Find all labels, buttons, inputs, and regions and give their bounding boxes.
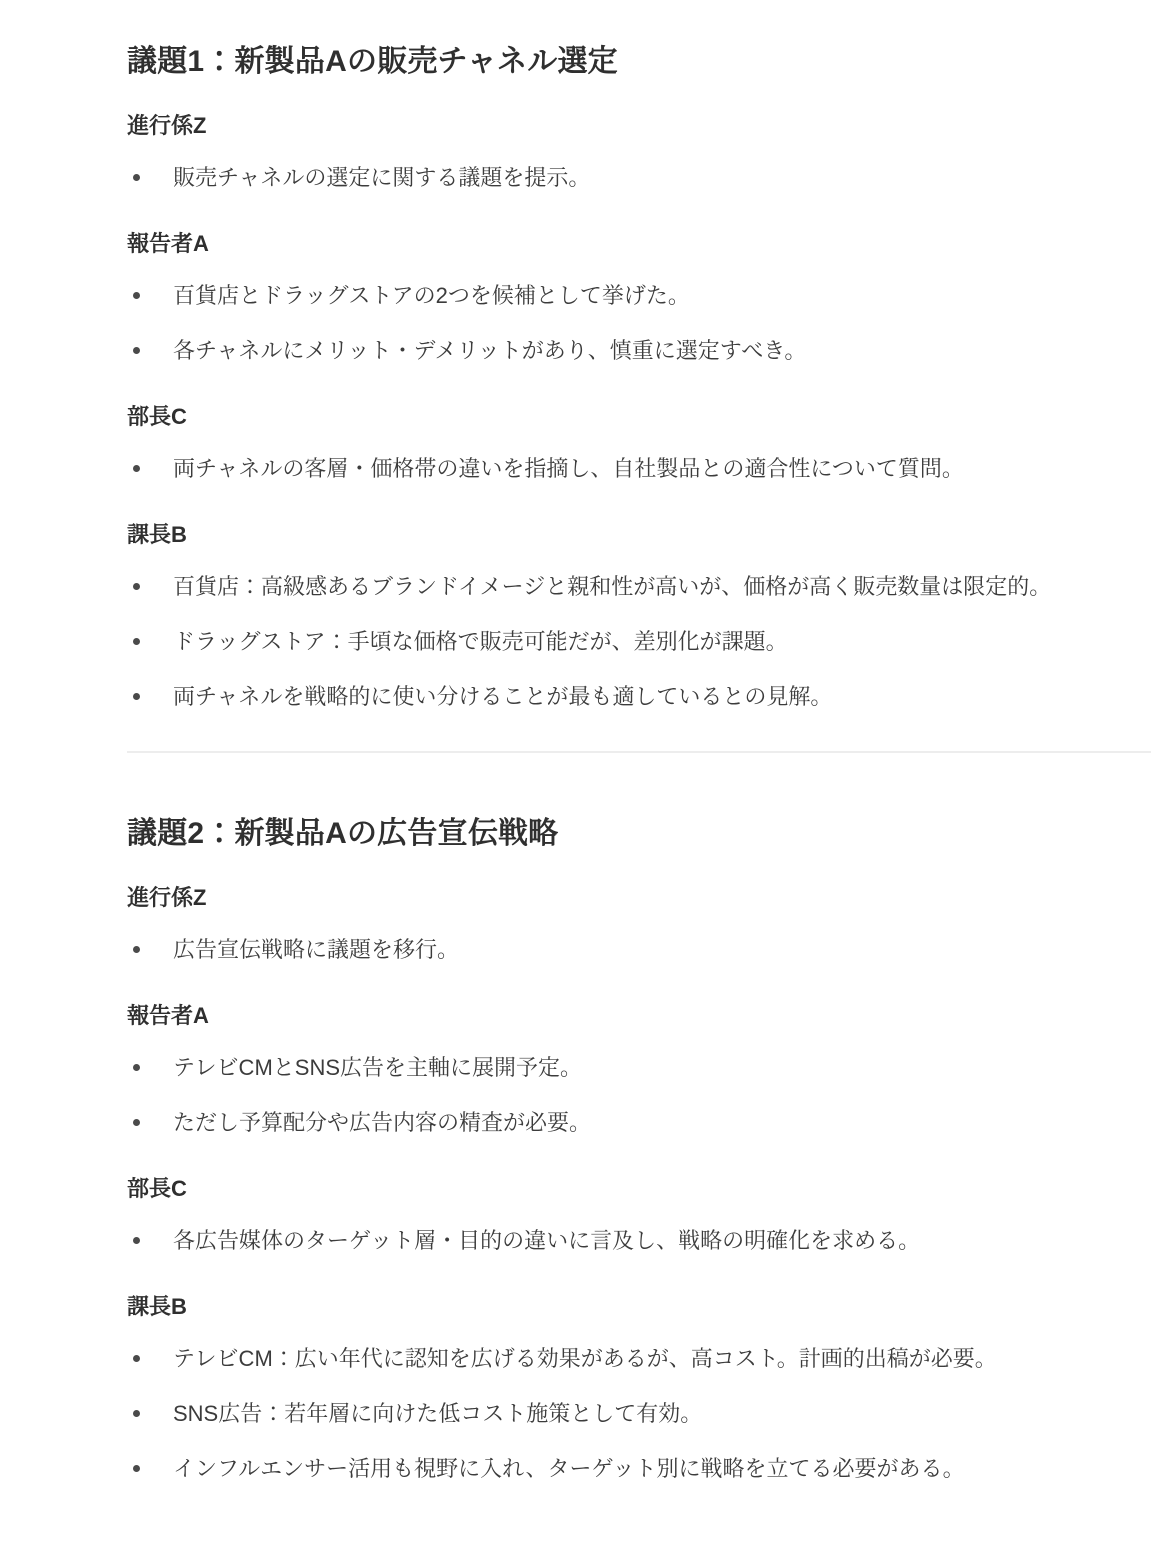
speaker-block: 部長C 両チャネルの客層・価格帯の違いを指摘し、自社製品との適合性について質問。 [127, 389, 1151, 485]
speaker-name: 進行係Z [127, 870, 1151, 914]
speaker-block: 部長C 各広告媒体のターゲット層・目的の違いに言及し、戦略の明確化を求める。 [127, 1161, 1151, 1257]
section-heading: 議題2：新製品Aの広告宣伝戦略 [127, 811, 1151, 856]
speaker-name: 報告者A [127, 988, 1151, 1032]
bullet-text: 両チャネルを戦略的に使い分けることが最も適しているとの見解。 [173, 684, 832, 709]
bullet-text: インフルエンサー活用も視野に入れ、ターゲット別に戦略を立てる必要がある。 [173, 1456, 965, 1481]
speaker-name: 部長C [127, 389, 1151, 433]
bullet-item: インフルエンサー活用も視野に入れ、ターゲット別に戦略を立てる必要がある。 [127, 1452, 1151, 1485]
bullet-item: 百貨店：高級感あるブランドイメージと親和性が高いが、価格が高く販売数量は限定的。 [127, 570, 1151, 603]
speaker-name: 進行係Z [127, 98, 1151, 142]
bullet-item: 両チャネルを戦略的に使い分けることが最も適しているとの見解。 [127, 680, 1151, 713]
section-divider [127, 751, 1151, 753]
bullet-item: ドラッグストア：手頃な価格で販売可能だが、差別化が課題。 [127, 625, 1151, 658]
speaker-name: 課長B [127, 1279, 1151, 1323]
bullet-item: 百貨店とドラッグストアの2つを候補として挙げた。 [127, 279, 1151, 312]
section-heading: 議題1：新製品Aの販売チャネル選定 [127, 39, 1151, 84]
bullet-item: テレビCMとSNS広告を主軸に展開予定。 [127, 1051, 1151, 1084]
bullet-text: ただし予算配分や広告内容の精査が必要。 [173, 1110, 591, 1135]
bullet-text: 両チャネルの客層・価格帯の違いを指摘し、自社製品との適合性について質問。 [173, 456, 964, 481]
agenda-section: 議題2：新製品Aの広告宣伝戦略 進行係Z 広告宣伝戦略に議題を移行。 報告者A … [127, 811, 1151, 1485]
speaker-name: 課長B [127, 507, 1151, 551]
bullet-list: 百貨店：高級感あるブランドイメージと親和性が高いが、価格が高く販売数量は限定的。… [127, 570, 1151, 713]
bullet-text: 販売チャネルの選定に関する議題を提示。 [173, 165, 590, 190]
bullet-text: 百貨店：高級感あるブランドイメージと親和性が高いが、価格が高く販売数量は限定的。 [173, 574, 1051, 599]
speaker-block: 課長B テレビCM：広い年代に認知を広げる効果があるが、高コスト。計画的出稿が必… [127, 1279, 1151, 1485]
speaker-name: 報告者A [127, 216, 1151, 260]
bullet-item: テレビCM：広い年代に認知を広げる効果があるが、高コスト。計画的出稿が必要。 [127, 1342, 1151, 1375]
section-body: 進行係Z 広告宣伝戦略に議題を移行。 報告者A テレビCMとSNS広告を主軸に展… [127, 870, 1151, 1485]
bullet-item: 各広告媒体のターゲット層・目的の違いに言及し、戦略の明確化を求める。 [127, 1224, 1151, 1257]
bullet-item: SNS広告：若年層に向けた低コスト施策として有効。 [127, 1397, 1151, 1430]
bullet-item: 販売チャネルの選定に関する議題を提示。 [127, 161, 1151, 194]
bullet-item: 両チャネルの客層・価格帯の違いを指摘し、自社製品との適合性について質問。 [127, 452, 1151, 485]
bullet-text: 広告宣伝戦略に議題を移行。 [173, 937, 459, 962]
bullet-text: 各チャネルにメリット・デメリットがあり、慎重に選定すべき。 [173, 338, 806, 363]
document-page: 議題1：新製品Aの販売チャネル選定 進行係Z 販売チャネルの選定に関する議題を提… [0, 0, 1151, 1485]
bullet-item: ただし予算配分や広告内容の精査が必要。 [127, 1106, 1151, 1139]
speaker-block: 報告者A 百貨店とドラッグストアの2つを候補として挙げた。各チャネルにメリット・… [127, 216, 1151, 367]
bullet-list: 各広告媒体のターゲット層・目的の違いに言及し、戦略の明確化を求める。 [127, 1224, 1151, 1257]
bullet-item: 広告宣伝戦略に議題を移行。 [127, 933, 1151, 966]
bullet-text: 百貨店とドラッグストアの2つを候補として挙げた。 [173, 283, 690, 308]
bullet-list: 百貨店とドラッグストアの2つを候補として挙げた。各チャネルにメリット・デメリット… [127, 279, 1151, 367]
bullet-list: 両チャネルの客層・価格帯の違いを指摘し、自社製品との適合性について質問。 [127, 452, 1151, 485]
bullet-list: テレビCM：広い年代に認知を広げる効果があるが、高コスト。計画的出稿が必要。SN… [127, 1342, 1151, 1485]
section-body: 進行係Z 販売チャネルの選定に関する議題を提示。 報告者A 百貨店とドラッグスト… [127, 98, 1151, 713]
speaker-block: 報告者A テレビCMとSNS広告を主軸に展開予定。ただし予算配分や広告内容の精査… [127, 988, 1151, 1139]
bullet-text: テレビCM：広い年代に認知を広げる効果があるが、高コスト。計画的出稿が必要。 [173, 1346, 997, 1371]
bullet-list: テレビCMとSNS広告を主軸に展開予定。ただし予算配分や広告内容の精査が必要。 [127, 1051, 1151, 1139]
bullet-list: 販売チャネルの選定に関する議題を提示。 [127, 161, 1151, 194]
speaker-block: 進行係Z 販売チャネルの選定に関する議題を提示。 [127, 98, 1151, 194]
speaker-name: 部長C [127, 1161, 1151, 1205]
speaker-block: 課長B 百貨店：高級感あるブランドイメージと親和性が高いが、価格が高く販売数量は… [127, 507, 1151, 713]
bullet-item: 各チャネルにメリット・デメリットがあり、慎重に選定すべき。 [127, 334, 1151, 367]
agenda-section: 議題1：新製品Aの販売チャネル選定 進行係Z 販売チャネルの選定に関する議題を提… [127, 39, 1151, 713]
bullet-list: 広告宣伝戦略に議題を移行。 [127, 933, 1151, 966]
bullet-text: ドラッグストア：手頃な価格で販売可能だが、差別化が課題。 [173, 629, 788, 654]
bullet-text: SNS広告：若年層に向けた低コスト施策として有効。 [173, 1401, 702, 1426]
bullet-text: 各広告媒体のターゲット層・目的の違いに言及し、戦略の明確化を求める。 [173, 1228, 920, 1253]
speaker-block: 進行係Z 広告宣伝戦略に議題を移行。 [127, 870, 1151, 966]
bullet-text: テレビCMとSNS広告を主軸に展開予定。 [173, 1055, 582, 1080]
